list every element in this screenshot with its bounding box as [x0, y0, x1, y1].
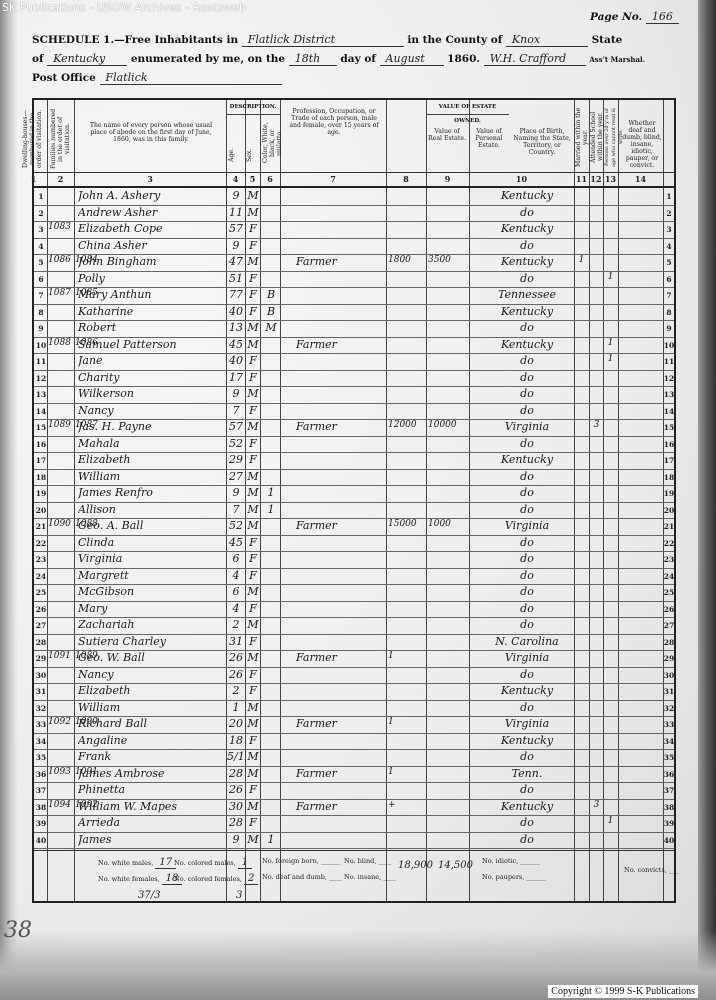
cell-age: 51 — [227, 272, 245, 285]
marshal-label: Ass't Marshal. — [589, 55, 645, 64]
cell-birth: Kentucky — [480, 734, 574, 747]
colored-total: 3 — [232, 890, 246, 901]
cell-birth: do — [480, 371, 574, 384]
paupers-label: No. paupers, — [482, 873, 524, 881]
col-head-illiterate: Persons over 20 y'rs of age who cannot r… — [604, 104, 617, 170]
cell-name: Nancy — [78, 404, 228, 417]
cell-sex: F — [246, 354, 260, 367]
totals-idiotic: No. idiotic, ______ — [482, 857, 540, 865]
row-number-left: 32 — [34, 704, 48, 713]
row-number-right: 27 — [662, 621, 676, 630]
cell-sex: M — [246, 651, 260, 664]
row-number-right: 5 — [662, 258, 676, 267]
row-number-left: 1 — [34, 192, 48, 201]
header-rule — [34, 172, 674, 173]
cell-name: James Renfro — [78, 486, 228, 499]
row-rule — [34, 848, 674, 849]
row-number-left: 38 — [34, 803, 48, 812]
cell-age: 57 — [227, 222, 245, 235]
cell-sex: F — [246, 305, 260, 318]
row-number-right: 21 — [662, 522, 676, 531]
cell-dwelling: 1089 — [48, 420, 74, 430]
cell-birth: Kentucky — [480, 684, 574, 697]
of-label: of — [32, 53, 44, 65]
idiotic-label: No. idiotic, — [482, 857, 518, 865]
row-number-right: 33 — [662, 720, 676, 729]
cell-age: 1 — [227, 701, 245, 714]
row-number-left: 14 — [34, 407, 48, 416]
cell-sex: F — [246, 569, 260, 582]
col-num: 3 — [74, 174, 226, 184]
cell-sex: M — [246, 338, 260, 351]
row-number-right: 9 — [662, 324, 676, 333]
cell-birth: Virginia — [480, 519, 574, 532]
cell-age: 9 — [227, 486, 245, 499]
cell-name: Jas. H. Payne — [78, 420, 228, 433]
row-number-right: 38 — [662, 803, 676, 812]
cell-age: 6 — [227, 585, 245, 598]
cell-name: Frank — [78, 750, 228, 763]
cell-personal: 1000 — [428, 519, 468, 529]
cell-birth: Tenn. — [480, 767, 574, 780]
page-number-value: 166 — [646, 10, 679, 24]
row-number-right: 6 — [662, 275, 676, 284]
totals-blind: No. blind, ____ — [344, 857, 391, 865]
cell-sex: M — [246, 519, 260, 532]
schedule-line: SCHEDULE 1.—Free Inhabitants in Flatlick… — [32, 33, 622, 47]
census-table: DESCRIPTION. VALUE OF ESTATE OWNED. Dwel… — [32, 98, 676, 903]
cell-dwelling: 1092 — [48, 717, 74, 727]
row-number-left: 17 — [34, 456, 48, 465]
totals-personal-estate: 14,500 — [434, 860, 477, 871]
cell-age: 45 — [227, 536, 245, 549]
col-head-real-estate: Value of Real Estate. — [428, 128, 466, 142]
cell-age: 2 — [227, 618, 245, 631]
cell-birth: do — [480, 437, 574, 450]
col-num: 9 — [426, 174, 469, 184]
cell-real: 1800 — [388, 255, 426, 265]
row-number-left: 24 — [34, 572, 48, 581]
col-num: 2 — [47, 174, 74, 184]
cell-name: Nancy — [78, 668, 228, 681]
cell-name: Mahala — [78, 437, 228, 450]
cell-birth: Kentucky — [480, 255, 574, 268]
totals-foreign-born: No. foreign born, ______ — [262, 857, 340, 865]
row-number-left: 21 — [34, 522, 48, 531]
white-females-label: No. white females, — [98, 875, 160, 883]
convicts-label: No. convicts, — [624, 866, 667, 874]
col-num: 6 — [260, 174, 280, 184]
row-number-left: 35 — [34, 753, 48, 762]
cell-sex: M — [246, 255, 260, 268]
cell-age: 77 — [227, 288, 245, 301]
col-head-birthplace: Place of Birth, Naming the State, Territ… — [512, 128, 572, 156]
cell-sex: F — [246, 272, 260, 285]
cell-s: 3 — [590, 420, 603, 430]
cell-name: Geo. W. Ball — [78, 651, 228, 664]
cell-sex: M — [246, 387, 260, 400]
cell-age: 40 — [227, 354, 245, 367]
cell-name: Geo. A. Ball — [78, 519, 228, 532]
row-number-right: 24 — [662, 572, 676, 581]
cell-birth: Virginia — [480, 651, 574, 664]
cell-birth: Virginia — [480, 717, 574, 730]
cell-birth: Tennessee — [480, 288, 574, 301]
cell-name: Elizabeth — [78, 453, 228, 466]
cell-birth: do — [480, 486, 574, 499]
totals-white-males: No. white males, 17 — [98, 857, 176, 868]
col-num: 14 — [618, 174, 663, 184]
cell-sex: F — [246, 734, 260, 747]
cell-birth: do — [480, 536, 574, 549]
row-number-left: 13 — [34, 390, 48, 399]
cell-r: 1 — [604, 816, 617, 826]
cell-name: John Bingham — [78, 255, 228, 268]
cell-birth: Kentucky — [480, 800, 574, 813]
row-number-left: 10 — [34, 341, 48, 350]
cell-birth: do — [480, 272, 574, 285]
cell-birth: N. Carolina — [480, 635, 574, 648]
cell-age: 26 — [227, 783, 245, 796]
row-number-left: 18 — [34, 473, 48, 482]
cell-name: Katharine — [78, 305, 228, 318]
cell-name: William — [78, 701, 228, 714]
row-number-left: 8 — [34, 308, 48, 317]
cell-birth: do — [480, 321, 574, 334]
cell-age: 45 — [227, 338, 245, 351]
cell-age: 26 — [227, 668, 245, 681]
cell-name: William W. Mapes — [78, 800, 228, 813]
cell-name: Polly — [78, 272, 228, 285]
cell-age: 4 — [227, 569, 245, 582]
cell-dwelling: 1090 — [48, 519, 74, 529]
cell-color: M — [262, 321, 280, 334]
row-number-left: 39 — [34, 819, 48, 828]
colored-total-value: 3 — [232, 890, 246, 901]
cell-birth: do — [480, 816, 574, 829]
county-value: Knox — [506, 33, 588, 47]
cell-name: Wilkerson — [78, 387, 228, 400]
cell-sex: F — [246, 453, 260, 466]
page-number: Page No. 166 — [590, 10, 679, 24]
cell-name: Mary — [78, 602, 228, 615]
row-number-right: 11 — [662, 357, 676, 366]
cell-birth: do — [480, 750, 574, 763]
cell-occupation: Farmer — [296, 519, 386, 532]
colored-males-value: 1 — [238, 857, 252, 869]
cell-occupation: Farmer — [296, 420, 386, 433]
row-number-right: 10 — [662, 341, 676, 350]
post-office-value: Flatlick — [100, 71, 282, 85]
col-head-name: The name of every person whose usual pla… — [84, 122, 218, 143]
row-number-right: 37 — [662, 786, 676, 795]
cell-age: 9 — [227, 239, 245, 252]
col-num: 12 — [589, 174, 603, 184]
cell-color: 1 — [262, 486, 280, 499]
col-head-color: Color, White, black, or mulatto. — [262, 116, 278, 170]
cell-birth: Kentucky — [480, 453, 574, 466]
row-number-left: 12 — [34, 374, 48, 383]
totals-paupers: No. paupers, ______ — [482, 873, 546, 881]
row-number-right: 18 — [662, 473, 676, 482]
row-number-left: 7 — [34, 291, 48, 300]
row-number-right: 19 — [662, 489, 676, 498]
copyright-notice: Copyright © 1999 S-K Publications — [548, 985, 698, 998]
watermark: SK Publications - USGW Archives - Rootsw… — [2, 1, 246, 14]
cell-color: 1 — [262, 503, 280, 516]
colored-females-label: No. colored females, — [174, 875, 242, 883]
cell-age: 7 — [227, 404, 245, 417]
col-num: 5 — [245, 174, 260, 184]
cell-age: 11 — [227, 206, 245, 219]
white-males-label: No. white males, — [98, 859, 153, 867]
col-head-sex: Sex. — [246, 140, 258, 170]
row-number-right: 14 — [662, 407, 676, 416]
row-number-right: 31 — [662, 687, 676, 696]
cell-birth: Kentucky — [480, 338, 574, 351]
month-value: August — [380, 52, 444, 66]
foreign-born-label: No. foreign born, — [262, 857, 319, 865]
cell-sex: M — [246, 750, 260, 763]
row-number-right: 13 — [662, 390, 676, 399]
cell-name: Angaline — [78, 734, 228, 747]
col-num: 1 — [20, 174, 47, 184]
cell-m: 1 — [575, 255, 588, 265]
cell-age: 4 — [227, 602, 245, 615]
cell-name: China Asher — [78, 239, 228, 252]
cell-age: 9 — [227, 387, 245, 400]
row-number-right: 30 — [662, 671, 676, 680]
cell-sex: M — [246, 585, 260, 598]
enumeration-line: of Kentucky enumerated by me, on the 18t… — [32, 52, 645, 66]
cell-dwelling: 1093 — [48, 767, 74, 777]
col-num: 11 — [574, 174, 589, 184]
post-office-label: Post Office — [32, 72, 96, 84]
row-number-right: 1 — [662, 192, 676, 201]
cell-birth: do — [480, 239, 574, 252]
cell-sex: F — [246, 668, 260, 681]
cell-age: 5/12 — [227, 750, 245, 763]
col-num: 10 — [469, 174, 574, 184]
colored-males-label: No. colored males, — [174, 859, 236, 867]
row-number-right: 32 — [662, 704, 676, 713]
cell-name: Richard Ball — [78, 717, 228, 730]
white-total-value: 37/3 — [134, 890, 164, 901]
cell-age: 17 — [227, 371, 245, 384]
cell-name: Elizabeth — [78, 684, 228, 697]
row-number-right: 29 — [662, 654, 676, 663]
cell-birth: do — [480, 404, 574, 417]
cell-sex: F — [246, 552, 260, 565]
cell-birth: Kentucky — [480, 189, 574, 202]
cell-name: Robert — [78, 321, 228, 334]
cell-name: Clinda — [78, 536, 228, 549]
row-number-left: 3 — [34, 225, 48, 234]
totals-real-estate: 18,900 — [394, 860, 437, 871]
cell-sex: F — [246, 222, 260, 235]
col-head-age: Age. — [228, 140, 242, 170]
cell-sex: M — [246, 767, 260, 780]
cell-birth: do — [480, 387, 574, 400]
row-number-right: 40 — [662, 836, 676, 845]
cell-sex: M — [246, 618, 260, 631]
cell-occupation: Farmer — [296, 717, 386, 730]
cell-name: Allison — [78, 503, 228, 516]
cell-age: 9 — [227, 189, 245, 202]
row-number-right: 2 — [662, 209, 676, 218]
row-number-left: 33 — [34, 720, 48, 729]
cell-birth: do — [480, 206, 574, 219]
county-label: in the County of — [407, 34, 502, 46]
estate-group-header: VALUE OF ESTATE OWNED. — [426, 100, 509, 115]
totals-white-females: No. white females, 18 — [98, 873, 182, 884]
totals-deaf-dumb: No. deaf and dumb, ____ — [262, 873, 342, 881]
cell-sex: M — [246, 189, 260, 202]
cell-name: William — [78, 470, 228, 483]
col-head-personal-estate: Value of Personal Estate. — [471, 128, 507, 149]
cell-name: Arrieda — [78, 816, 228, 829]
cell-age: 31 — [227, 635, 245, 648]
cell-sex: M — [246, 321, 260, 334]
row-number-left: 25 — [34, 588, 48, 597]
row-number-left: 27 — [34, 621, 48, 630]
cell-personal: 10000 — [428, 420, 468, 430]
cell-age: 47 — [227, 255, 245, 268]
year-label: 1860. — [447, 53, 480, 65]
margin-note: 38 — [4, 918, 32, 943]
cell-dwelling: 1087 — [48, 288, 74, 298]
cell-birth: Kentucky — [480, 305, 574, 318]
cell-sex: F — [246, 288, 260, 301]
page-number-label: Page No. — [590, 11, 642, 23]
cell-real: + — [388, 800, 426, 810]
cell-color: B — [262, 288, 280, 301]
cell-name: Margrett — [78, 569, 228, 582]
cell-occupation: Farmer — [296, 338, 386, 351]
cell-age: 26 — [227, 651, 245, 664]
row-number-left: 36 — [34, 770, 48, 779]
col-num: 7 — [280, 174, 386, 184]
cell-sex: F — [246, 371, 260, 384]
row-number-right: 7 — [662, 291, 676, 300]
cell-age: 40 — [227, 305, 245, 318]
cell-occupation: Farmer — [296, 767, 386, 780]
cell-age: 6 — [227, 552, 245, 565]
row-number-right: 23 — [662, 555, 676, 564]
col-num: 8 — [386, 174, 426, 184]
cell-sex: F — [246, 635, 260, 648]
row-number-left: 16 — [34, 440, 48, 449]
cell-age: 2 — [227, 684, 245, 697]
cell-color: 1 — [262, 833, 280, 846]
cell-name: Samuel Patterson — [78, 338, 228, 351]
cell-sex: M — [246, 206, 260, 219]
cell-sex: F — [246, 816, 260, 829]
row-number-left: 15 — [34, 423, 48, 432]
col-head-disability: Whether deaf and dumb, blind, insane, id… — [622, 120, 662, 169]
cell-birth: do — [480, 783, 574, 796]
row-number-right: 12 — [662, 374, 676, 383]
cell-birth: Virginia — [480, 420, 574, 433]
cell-sex: F — [246, 602, 260, 615]
census-page: SK Publications - USGW Archives - Rootsw… — [0, 0, 716, 1000]
cell-birth: do — [480, 503, 574, 516]
cell-dwelling: 1094 — [48, 800, 74, 810]
cell-name: Mary Anthun — [78, 288, 228, 301]
row-number-left: 11 — [34, 357, 48, 366]
cell-r: 1 — [604, 338, 617, 348]
cell-age: 20 — [227, 717, 245, 730]
description-group-header: DESCRIPTION. — [226, 100, 280, 115]
cell-sex: M — [246, 470, 260, 483]
cell-age: 27 — [227, 470, 245, 483]
col-num: 4 — [226, 174, 245, 184]
row-number-right: 4 — [662, 242, 676, 251]
row-number-right: 16 — [662, 440, 676, 449]
marshal-value: W.H. Crafford — [484, 52, 586, 66]
cell-age: 30 — [227, 800, 245, 813]
cell-real: 12000 — [388, 420, 426, 430]
totals-convicts: No. convicts, ___ — [624, 866, 679, 874]
cell-birth: do — [480, 354, 574, 367]
row-number-right: 36 — [662, 770, 676, 779]
white-total: 37/3 — [134, 890, 164, 901]
row-number-left: 31 — [34, 687, 48, 696]
cell-sex: M — [246, 420, 260, 433]
totals-colored-females: No. colored females, 2 — [174, 873, 258, 884]
row-number-left: 22 — [34, 539, 48, 548]
cell-name: James Ambrose — [78, 767, 228, 780]
row-number-left: 26 — [34, 605, 48, 614]
row-number-left: 23 — [34, 555, 48, 564]
row-number-left: 30 — [34, 671, 48, 680]
cell-birth: do — [480, 569, 574, 582]
cell-r: 1 — [604, 272, 617, 282]
cell-name: John A. Ashery — [78, 189, 228, 202]
cell-s: 3 — [590, 800, 603, 810]
totals-insane: No. insane, ____ — [344, 873, 396, 881]
row-number-left: 4 — [34, 242, 48, 251]
cell-name: Phinetta — [78, 783, 228, 796]
row-number-right: 8 — [662, 308, 676, 317]
row-number-left: 5 — [34, 258, 48, 267]
cell-name: Sutiera Charley — [78, 635, 228, 648]
cell-name: Elizabeth Cope — [78, 222, 228, 235]
cell-color: B — [262, 305, 280, 318]
cell-name: Jane — [78, 354, 228, 367]
cell-age: 29 — [227, 453, 245, 466]
cell-occupation: Farmer — [296, 800, 386, 813]
cell-sex: M — [246, 486, 260, 499]
personal-estate-total: 14,500 — [434, 860, 477, 871]
col-head-dwelling: Dwelling-houses—numbered in the order of… — [22, 108, 46, 170]
col-head-family: Families numbered in the order of visita… — [50, 108, 72, 170]
totals-rule — [34, 850, 674, 851]
cell-age: 9 — [227, 833, 245, 846]
cell-age: 18 — [227, 734, 245, 747]
row-number-left: 20 — [34, 506, 48, 515]
cell-sex: F — [246, 536, 260, 549]
real-estate-total: 18,900 — [394, 860, 437, 871]
cell-dwelling: 1086 — [48, 255, 74, 265]
day-value: 18th — [289, 52, 337, 66]
cell-sex: F — [246, 437, 260, 450]
cell-sex: F — [246, 404, 260, 417]
colored-females-value: 2 — [244, 873, 258, 885]
cell-birth: do — [480, 602, 574, 615]
cell-age: 57 — [227, 420, 245, 433]
totals-colored-males: No. colored males, 1 — [174, 857, 252, 868]
